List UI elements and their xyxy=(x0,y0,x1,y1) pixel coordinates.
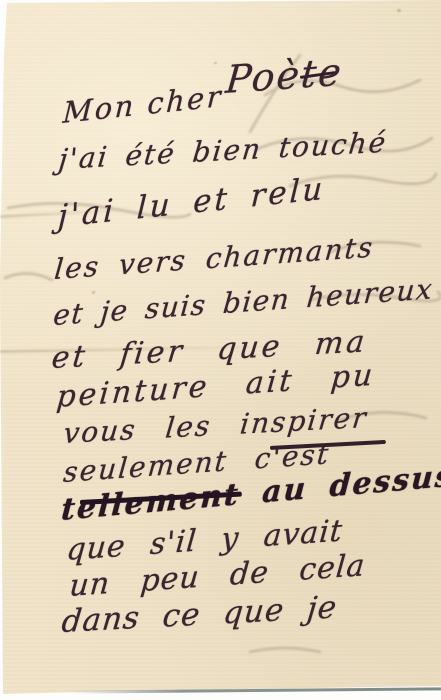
letter-photo: Mon cher Poète j'ai été bien touché j'ai… xyxy=(0,0,441,700)
paper-speck xyxy=(92,291,95,294)
paper-speck xyxy=(214,62,217,64)
salutation-title: Poète xyxy=(224,49,345,102)
paper-speck xyxy=(397,9,401,12)
